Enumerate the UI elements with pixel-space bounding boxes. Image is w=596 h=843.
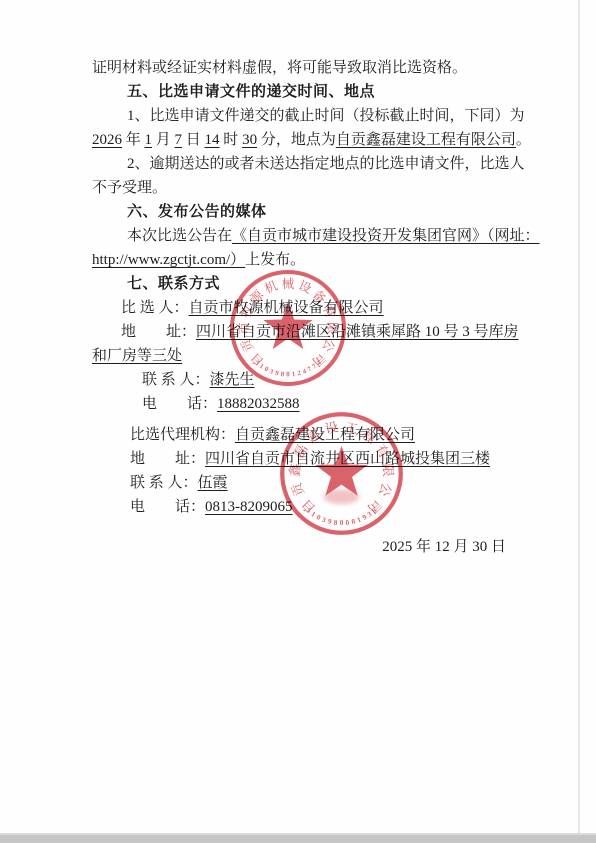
seal-ring-char: 有: [320, 303, 338, 320]
year-unit: 年: [122, 132, 145, 148]
date-text: 2025 年 12 月 30 日: [382, 539, 506, 555]
deadline-hour: 14: [205, 132, 220, 148]
minute-unit: 分，地点为: [257, 132, 336, 148]
intro-text: 证明材料或经证实材料虚假，将可能导致取消比选资格。: [92, 60, 467, 76]
section-6-heading-text: 六、发布公告的媒体: [127, 203, 267, 220]
seal-serial-digit: 8: [351, 517, 357, 526]
seal-serial-digit: 8: [280, 371, 285, 378]
seal-ring-char: 贡: [288, 480, 307, 498]
seal-ring-char: 有: [373, 442, 393, 461]
seal-ring-char: 牧: [237, 302, 256, 320]
seal-ring-char: 磊: [291, 442, 311, 461]
seal-serial-digit: 1: [292, 371, 297, 378]
seal-ring-char: 限: [380, 463, 396, 477]
hour-unit: 时: [220, 132, 243, 148]
seal-ring-char: 械: [282, 276, 295, 291]
deadline-year: 2026: [92, 132, 122, 148]
media-prefix-text: 本次比选公告在: [127, 228, 232, 244]
seal-ring-char: 限: [325, 322, 339, 335]
seal-ring-char: 公: [319, 337, 337, 354]
document-date: 2025 年 12 月 30 日: [92, 535, 512, 559]
seal-ring-char: 设: [324, 419, 340, 436]
seal-star: [315, 446, 367, 496]
seal-serial-digit: 0: [345, 519, 350, 527]
bidder-address-value-2: 和厂房等三处: [92, 348, 182, 364]
seal-ring-char: 公: [376, 481, 395, 499]
month-unit: 月: [152, 132, 175, 148]
bidder-address-label: 地 址：: [121, 324, 196, 340]
section-5-heading-text: 五、比选申请文件的递交时间、地点: [127, 83, 375, 100]
media-name: 《自贡市城市建设投资开发集团官网》（网址：: [232, 228, 540, 244]
seal-ring-char: 工: [343, 419, 359, 436]
seal-ring-char: 鑫: [287, 463, 303, 477]
seal-ring-char: 程: [360, 426, 380, 446]
seal-ring-char: 机: [262, 277, 280, 296]
bidder-company-seal: 自贡市牧源机械设备有限公司5103980124774: [228, 268, 348, 388]
agency-phone-label: 电 话：: [130, 499, 205, 515]
deadline-intro-text: 1、比选申请文件递交的截止时间（投标截止时间，下同）为: [127, 108, 525, 124]
deadline-minute: 30: [242, 132, 257, 148]
scanned-document-page: 证明材料或经证实材料虚假，将可能导致取消比选资格。 五、比选申请文件的递交时间、…: [0, 0, 596, 843]
intro-continuation-line: 证明材料或经证实材料虚假，将可能导致取消比选资格。: [92, 56, 512, 80]
late-delivery-text-2: 不予受理。: [92, 180, 167, 196]
media-url: http://www.zgctjt.com/）: [92, 252, 245, 268]
scan-edge-right: [578, 0, 580, 834]
late-delivery-line-1: 2、逾期送达的或者未送达指定地点的比选申请文件，比选人: [92, 152, 512, 176]
deadline-paragraph-line-1: 1、比选申请文件递交的截止时间（投标截止时间，下同）为: [92, 104, 512, 128]
deadline-day: 7: [175, 132, 183, 148]
seal-serial-digit: 9: [327, 517, 333, 526]
seal-ring-char: 设: [296, 279, 313, 297]
seal-serial-digit: 0: [340, 519, 344, 527]
section-5-heading: 五、比选申请文件的递交时间、地点: [92, 80, 512, 104]
section-7-heading-text: 七、联系方式: [127, 275, 220, 292]
submission-place: 自贡鑫磊建设工程有限公司: [336, 132, 516, 148]
seal-ring-char: 建: [303, 425, 323, 446]
seal-serial-digit: 8: [333, 519, 338, 527]
day-unit: 日: [182, 132, 205, 148]
media-suffix-text: 上发布。: [245, 252, 305, 268]
section-6-heading: 六、发布公告的媒体: [92, 200, 512, 224]
seal-svg: 自贡鑫磊建设工程有限公司5103980081938: [278, 410, 405, 537]
sentence-end: 。: [516, 132, 531, 148]
seal-ring-char: 贡: [238, 335, 256, 353]
deadline-month: 1: [145, 132, 153, 148]
bidder-role-label: 比 选 人：: [121, 300, 189, 316]
late-delivery-line-2: 不予受理。: [92, 176, 512, 200]
agency-company-seal: 自贡鑫磊建设工程有限公司5103980081938: [278, 410, 405, 537]
bidder-contact-label: 联 系 人：: [142, 372, 210, 388]
agency-contact-name: 伍霞: [198, 475, 228, 491]
seal-ring-char: 源: [247, 287, 266, 306]
agency-address-label: 地 址：: [130, 451, 205, 467]
seal-serial-digit: 9: [274, 370, 280, 378]
seal-serial-digit: 0: [286, 372, 290, 379]
seal-smudge: [324, 489, 360, 504]
bidder-phone-label: 电 话：: [142, 396, 217, 412]
seal-star: [263, 302, 312, 349]
seal-ring-char: 市: [237, 322, 251, 335]
agency-role-label: 比选代理机构：: [130, 427, 235, 443]
deadline-paragraph-line-2: 2026 年 1 月 7 日 14 时 30 分，地点为自贡鑫磊建设工程有限公司…: [92, 128, 512, 152]
media-line-1: 本次比选公告在《自贡市城市建设投资开发集团官网》（网址：: [92, 224, 512, 248]
seal-ring-char: 备: [310, 288, 329, 307]
seal-svg: 自贡市牧源机械设备有限公司5103980124774: [228, 268, 348, 388]
seal-serial-digit: 3: [321, 516, 328, 525]
scan-edge-bottom: [0, 833, 596, 843]
late-delivery-text-1: 2、逾期送达的或者未送达指定地点的比选申请文件，比选人: [127, 156, 525, 172]
agency-contact-label: 联 系 人：: [130, 475, 198, 491]
